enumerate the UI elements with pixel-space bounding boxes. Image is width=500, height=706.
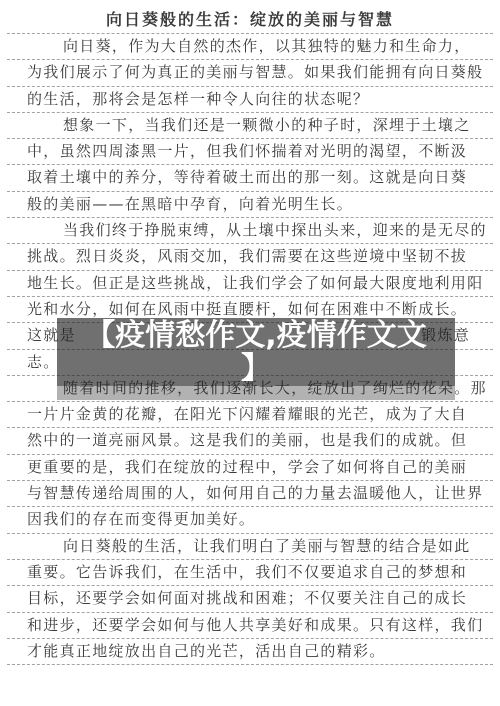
essay-line: 和进步，还要学会如何与他人共享美好和成果。只有这样，我们	[7, 613, 493, 639]
essay-line: 向日葵般的生活，让我们明白了美丽与智慧的结合是如此	[7, 534, 493, 560]
essay-line: 因我们的存在而变得更加美好。	[7, 507, 493, 533]
essay-line: 当我们终于挣脱束缚，从土壤中探出头来，迎来的是无尽的	[7, 218, 493, 244]
watermark-text-line2: 】	[57, 352, 455, 385]
essay-line: 为我们展示了何为真正的美丽与智慧。如果我们能拥有向日葵般	[7, 60, 493, 86]
essay-line: 一片片金黄的花瓣，在阳光下闪耀着耀眼的光芒，成为了大自	[7, 402, 493, 428]
watermark-banner: 【疫情愁作文,疫情作文文 】	[57, 318, 455, 386]
essay-line: 般的美丽——在黑暗中孕育，向着光明生长。	[7, 192, 493, 218]
essay-line: 的生活，那将会是怎样一种令人向往的状态呢？	[7, 87, 493, 113]
essay-line: 取着土壤中的养分，等待着破土而出的那一刻。这就是向日葵	[7, 165, 493, 191]
watermark-banner-fade	[57, 386, 455, 400]
essay-line: 目标，还要学会如何面对挑战和困难；不仅要关注自己的成长	[7, 586, 493, 612]
essay-line: 重要。它告诉我们，在生活中，我们不仅要追求自己的梦想和	[7, 560, 493, 586]
essay-line: 与智慧传递给周围的人，如何用自己的力量去温暖他人，让世界	[7, 481, 493, 507]
watermark-overlay: 【疫情愁作文,疫情作文文 】	[57, 318, 455, 400]
essay-title: 向日葵般的生活：绽放的美丽与智慧	[7, 6, 493, 34]
essay-line: 更重要的是，我们在绽放的过程中，学会了如何将自己的美丽	[7, 455, 493, 481]
essay-line: 挑战。烈日炎炎，风雨交加，我们需要在这些逆境中坚韧不拔	[7, 244, 493, 270]
essay-page: 向日葵般的生活：绽放的美丽与智慧 向日葵，作为大自然的杰作，以其独特的魅力和生命…	[0, 0, 500, 706]
essay-line: 才能真正地绽放出自己的光芒，活出自己的精彩。	[7, 639, 493, 665]
essay-line: 向日葵，作为大自然的杰作，以其独特的魅力和生命力，	[7, 34, 493, 60]
essay-line: 想象一下，当我们还是一颗微小的种子时，深埋于土壤之	[7, 113, 493, 139]
essay-line: 中，虽然四周漆黑一片，但我们怀揣着对光明的渴望，不断汲	[7, 139, 493, 165]
watermark-text-line1: 【疫情愁作文,疫情作文文	[57, 319, 455, 352]
essay-line: 然中的一道亮丽风景。这是我们的美丽，也是我们的成就。但	[7, 428, 493, 454]
essay-line: 地生长。但正是这些挑战，让我们学会了如何最大限度地利用阳	[7, 271, 493, 297]
